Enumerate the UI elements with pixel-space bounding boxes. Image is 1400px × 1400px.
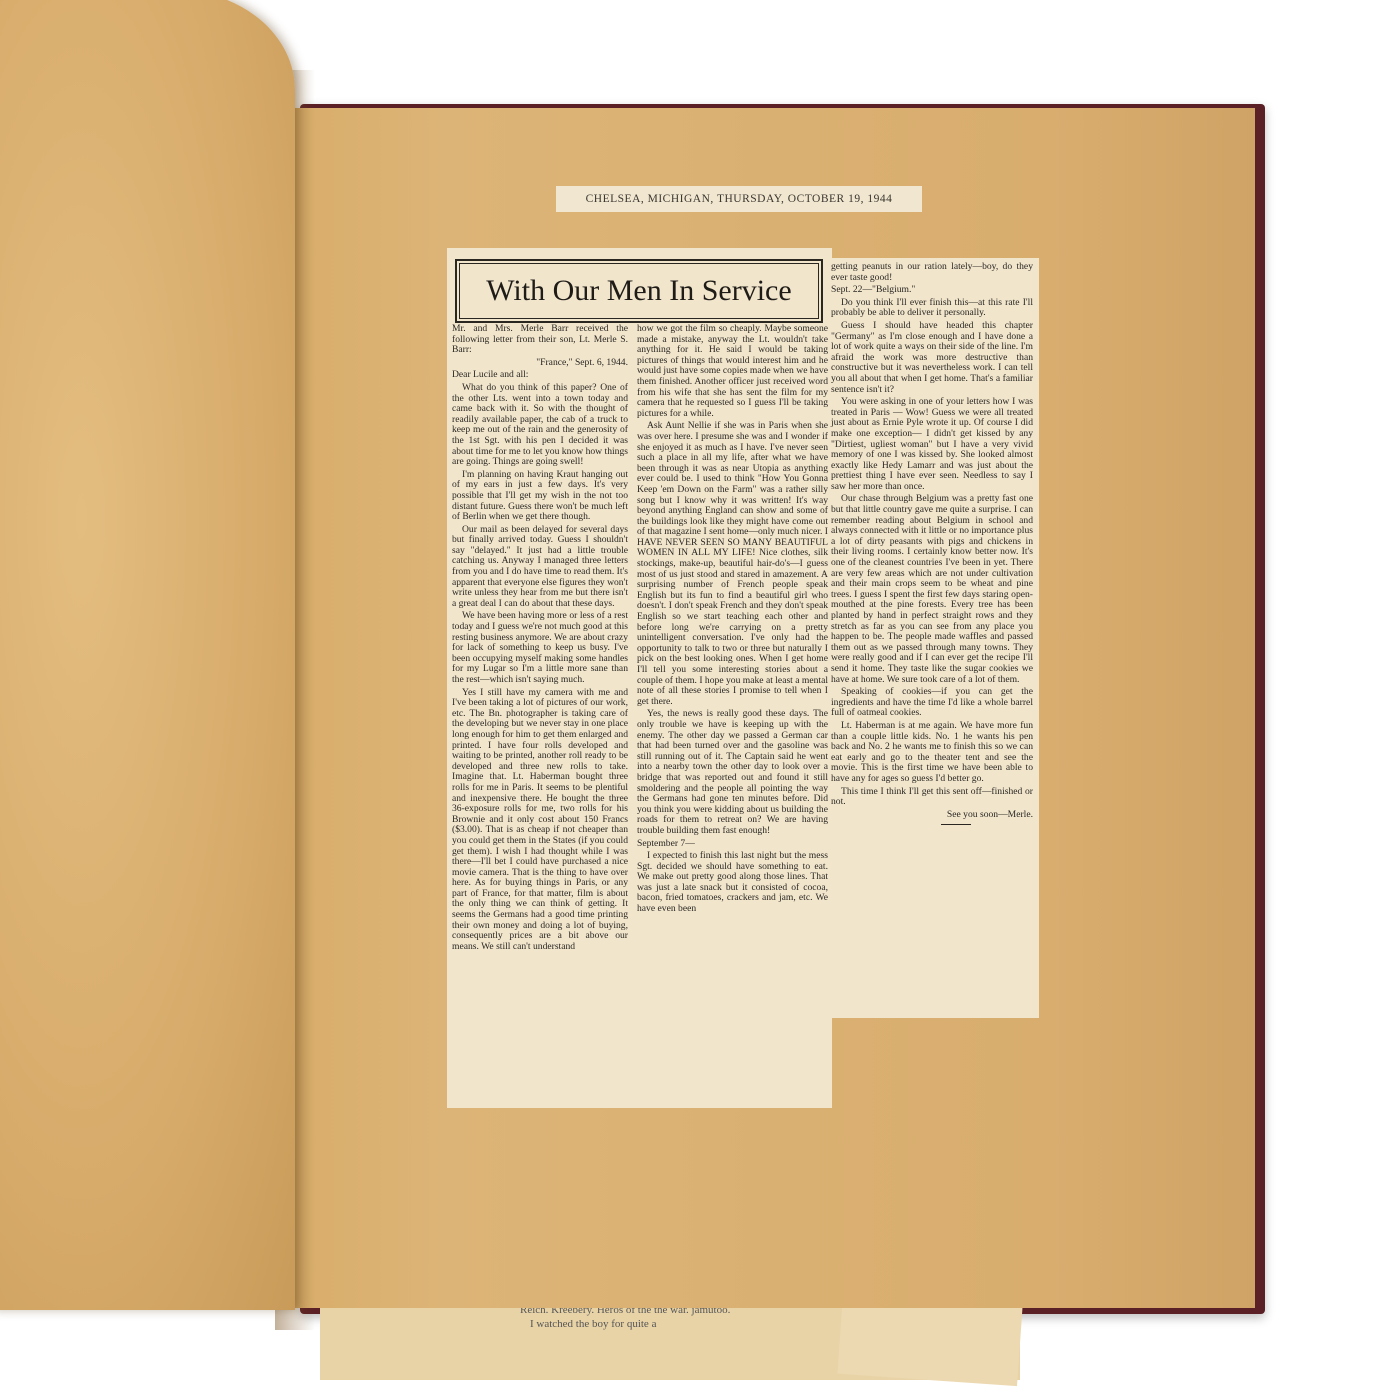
paragraph: We have been having more or less of a re… <box>452 611 628 685</box>
section-date: Sept. 22—"Belgium." <box>831 285 1033 296</box>
paragraph: Do you think I'll ever finish this—at th… <box>831 298 1033 319</box>
dateline-clipping: CHELSEA, MICHIGAN, THURSDAY, OCTOBER 19,… <box>556 186 922 212</box>
article-column-1: Mr. and Mrs. Merle Barr received the fol… <box>452 324 628 954</box>
underlying-text-line-2: I watched the boy for quite a <box>530 1318 656 1330</box>
paragraph: Ask Aunt Nellie if she was in Paris when… <box>637 421 828 707</box>
signature-rule <box>941 824 971 825</box>
paragraph: Yes, the news is really good these days.… <box>637 709 828 836</box>
paragraph: how we got the film so cheaply. Maybe so… <box>637 324 828 419</box>
paragraph: I expected to finish this last night but… <box>637 851 828 915</box>
paragraph: What do you think of this paper? One of … <box>452 383 628 468</box>
paragraph: You were asking in one of your letters h… <box>831 397 1033 492</box>
article-column-3: getting peanuts in our ration lately—boy… <box>831 262 1033 825</box>
headline: With Our Men In Service <box>455 259 823 323</box>
paragraph: getting peanuts in our ration lately—boy… <box>831 262 1033 283</box>
paragraph: Guess I should have headed this chapter … <box>831 321 1033 395</box>
section-date: September 7— <box>637 839 828 850</box>
paragraph: Lt. Haberman is at me again. We have mor… <box>831 721 1033 785</box>
salutation: Dear Lucile and all: <box>452 370 628 381</box>
paragraph: Speaking of cookies—if you can get the i… <box>831 687 1033 719</box>
letter-dateline: "France," Sept. 6, 1944. <box>452 358 628 369</box>
paragraph: Our mail as been delayed for several day… <box>452 525 628 610</box>
signature: See you soon—Merle. <box>831 810 1033 821</box>
paragraph: Mr. and Mrs. Merle Barr received the fol… <box>452 324 628 356</box>
paragraph: I'm planning on having Kraut hanging out… <box>452 470 628 523</box>
paragraph: Yes I still have my camera with me and I… <box>452 688 628 953</box>
left-page <box>0 0 295 1310</box>
paragraph: Our chase through Belgium was a pretty f… <box>831 494 1033 685</box>
paragraph: This time I think I'll get this sent off… <box>831 787 1033 808</box>
article-column-2: how we got the film so cheaply. Maybe so… <box>637 324 828 917</box>
